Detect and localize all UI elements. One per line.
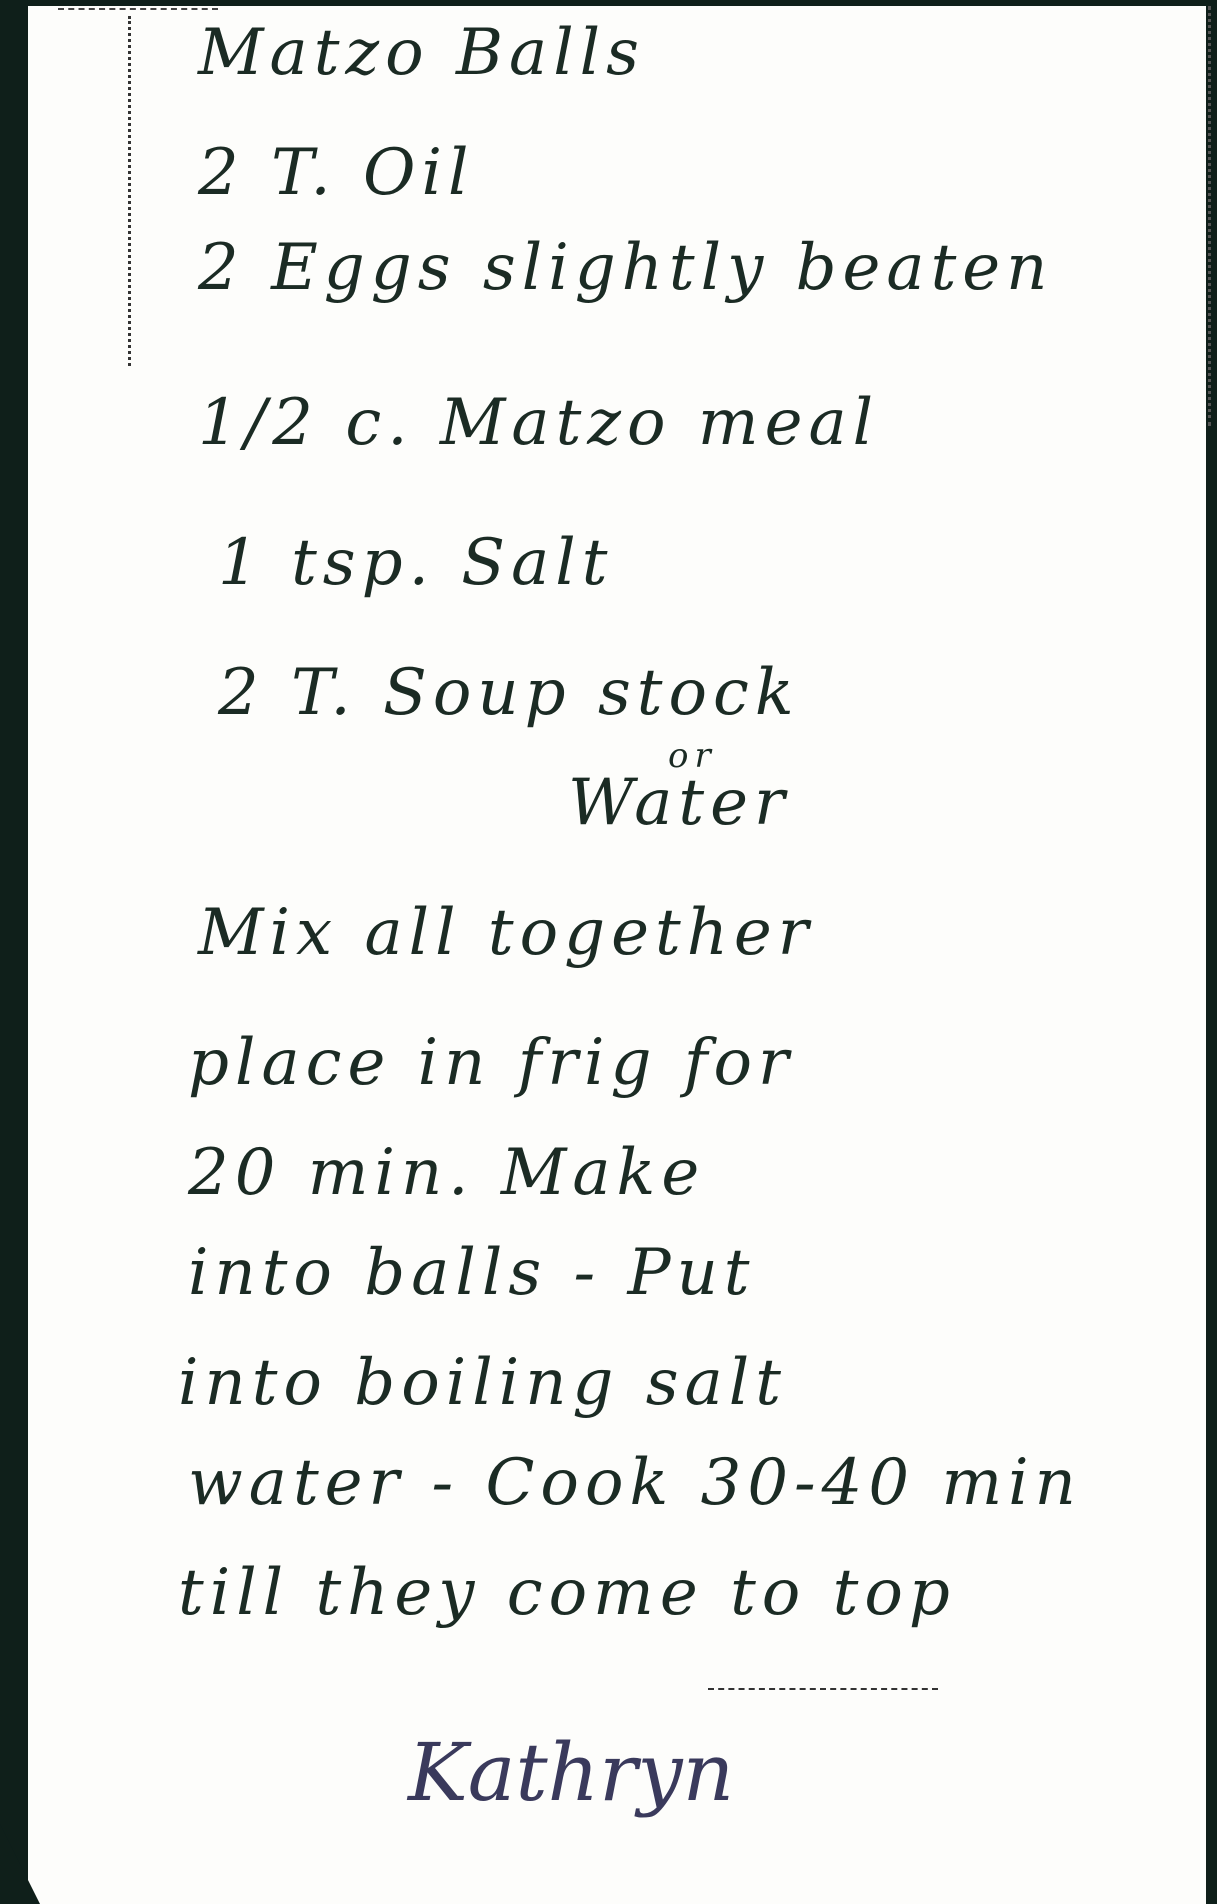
ingredient-salt: 1 tsp. Salt (218, 526, 613, 600)
instruction-line: till they come to top (178, 1556, 956, 1630)
instruction-line: into boiling salt (178, 1346, 787, 1420)
separator-line (708, 1688, 938, 1690)
instruction-line: water - Cook 30-40 min (188, 1446, 1082, 1520)
recipe-title: Matzo Balls (198, 16, 645, 90)
instruction-line: 20 min. Make (188, 1136, 705, 1210)
left-perforation (128, 16, 131, 366)
ingredient-matzo-meal: 1/2 c. Matzo meal (198, 386, 879, 460)
top-edge-line (58, 8, 218, 12)
right-perforation (1208, 6, 1211, 426)
ingredient-eggs: 2 Eggs slightly beaten (198, 231, 1053, 305)
alt-ingredient-water: Water (568, 766, 791, 840)
instruction-line: into balls - Put (188, 1236, 756, 1310)
instruction-line: place in frig for (188, 1026, 795, 1100)
ingredient-soup-stock: 2 T. Soup stock (218, 656, 800, 730)
folded-corner (0, 1824, 40, 1904)
recipe-card: Matzo Balls 2 T. Oil 2 Eggs slightly bea… (28, 6, 1206, 1904)
signature: Kathryn (408, 1726, 734, 1819)
instruction-line: Mix all together (198, 896, 814, 970)
ingredient-oil: 2 T. Oil (198, 136, 474, 210)
